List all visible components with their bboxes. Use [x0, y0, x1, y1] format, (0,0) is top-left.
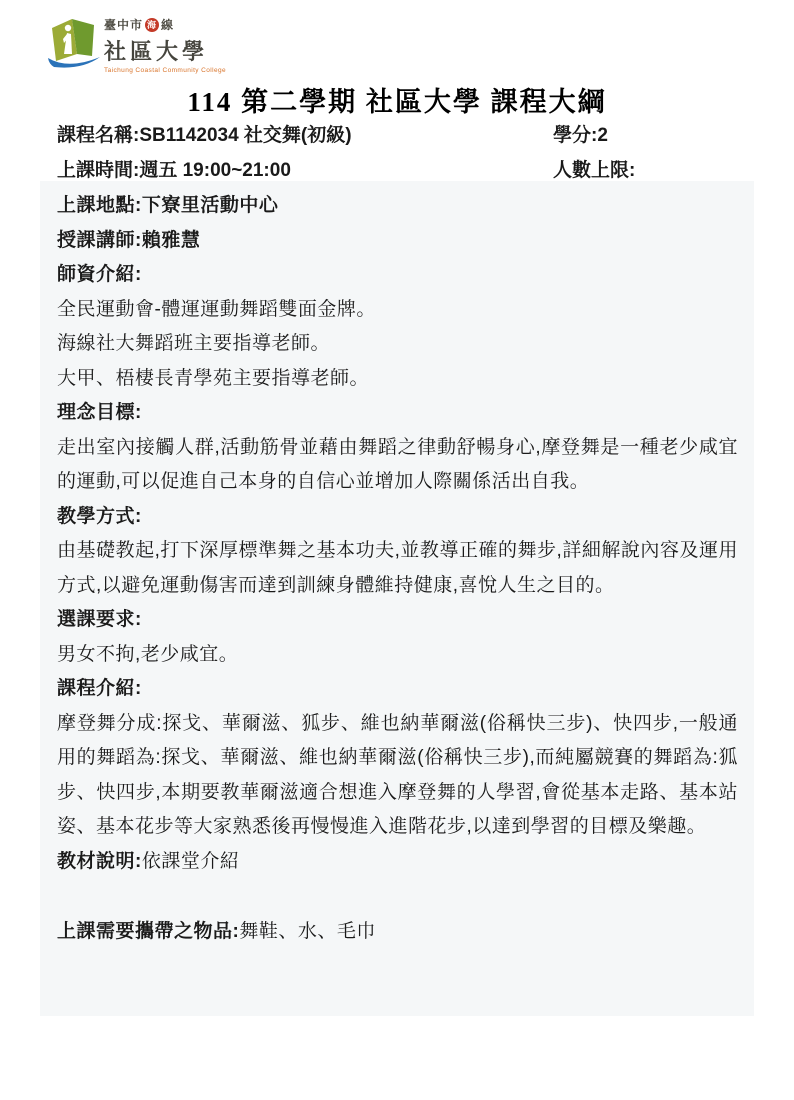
- course-intro-text: 摩登舞分成:探戈、華爾滋、狐步、維也納華爾滋(俗稱快三步)、快四步,一般通用的舞…: [57, 707, 738, 845]
- course-name-value: SB1142034 社交舞(初級): [139, 125, 351, 146]
- materials-row: 教材說明:依課堂介紹: [57, 845, 738, 880]
- credits-value: 2: [597, 125, 608, 146]
- logo-line-text: 線: [161, 16, 174, 33]
- course-intro-label: 課程介紹:: [57, 672, 738, 707]
- course-name-row: 課程名稱:SB1142034 社交舞(初級) 學分:2: [57, 118, 757, 153]
- open-book-dancer-icon: [44, 12, 104, 74]
- class-time-value: 週五 19:00~21:00: [139, 160, 291, 181]
- class-time-label: 上課時間:: [57, 160, 139, 181]
- course-requirement-label: 選課要求:: [57, 603, 738, 638]
- items-to-bring-row: 上課需要攜帶之物品:舞鞋、水、毛巾: [57, 915, 738, 950]
- capacity-label: 人數上限:: [553, 160, 635, 181]
- course-requirement-text: 男女不拘,老少咸宜。: [57, 638, 738, 673]
- teacher-bio-label: 師資介紹:: [57, 258, 738, 293]
- teaching-method-label: 教學方式:: [57, 500, 738, 535]
- course-details-panel: 上課地點:下寮里活動中心 授課講師:賴雅慧 師資介紹: 全民運動會-體運運動舞蹈…: [40, 181, 754, 1016]
- logo-seal-icon: 海: [145, 18, 159, 32]
- goal-section-text: 走出室內接觸人群,活動筋骨並藉由舞蹈之律動舒暢身心,摩登舞是一種老少咸宜的運動,…: [57, 431, 738, 500]
- credits-label: 學分:: [553, 125, 597, 146]
- teacher-bio-line-3: 大甲、梧棲長青學苑主要指導老師。: [57, 362, 738, 397]
- instructor-row: 授課講師:賴雅慧: [57, 224, 738, 259]
- course-name-label: 課程名稱:: [57, 125, 139, 146]
- logo-city-text: 臺中市: [104, 16, 143, 33]
- school-logo: 臺中市海線 社區大學 Taichung Coastal Community Co…: [44, 12, 254, 74]
- items-to-bring-value: 舞鞋、水、毛巾: [239, 921, 376, 942]
- materials-value: 依課堂介紹: [142, 851, 240, 872]
- goal-section-label: 理念目標:: [57, 396, 738, 431]
- location-value: 下寮里活動中心: [142, 195, 279, 216]
- teacher-bio-line-2: 海線社大舞蹈班主要指導老師。: [57, 327, 738, 362]
- teaching-method-text: 由基礎教起,打下深厚標準舞之基本功夫,並教導正確的舞步,詳細解說內容及運用方式,…: [57, 534, 738, 603]
- instructor-label: 授課講師:: [57, 230, 142, 251]
- credits-field: 學分:2: [553, 118, 608, 153]
- teacher-bio-line-1: 全民運動會-體運運動舞蹈雙面金牌。: [57, 293, 738, 328]
- course-details-content: 上課地點:下寮里活動中心 授課講師:賴雅慧 師資介紹: 全民運動會-體運運動舞蹈…: [40, 181, 754, 950]
- blank-spacer: [57, 879, 738, 915]
- logo-text-block: 臺中市海線 社區大學 Taichung Coastal Community Co…: [104, 16, 254, 74]
- materials-label: 教材說明:: [57, 851, 142, 872]
- logo-org-name: 社區大學: [104, 35, 254, 66]
- location-label: 上課地點:: [57, 195, 142, 216]
- instructor-value: 賴雅慧: [142, 230, 201, 251]
- location-row: 上課地點:下寮里活動中心: [57, 189, 738, 224]
- logo-org-line: 臺中市海線: [104, 16, 254, 33]
- items-to-bring-label: 上課需要攜帶之物品:: [57, 921, 239, 942]
- course-outline-page: 臺中市海線 社區大學 Taichung Coastal Community Co…: [0, 0, 794, 1100]
- logo-org-name-english: Taichung Coastal Community College: [104, 67, 254, 74]
- page-title: 114 第二學期 社區大學 課程大綱: [0, 80, 794, 119]
